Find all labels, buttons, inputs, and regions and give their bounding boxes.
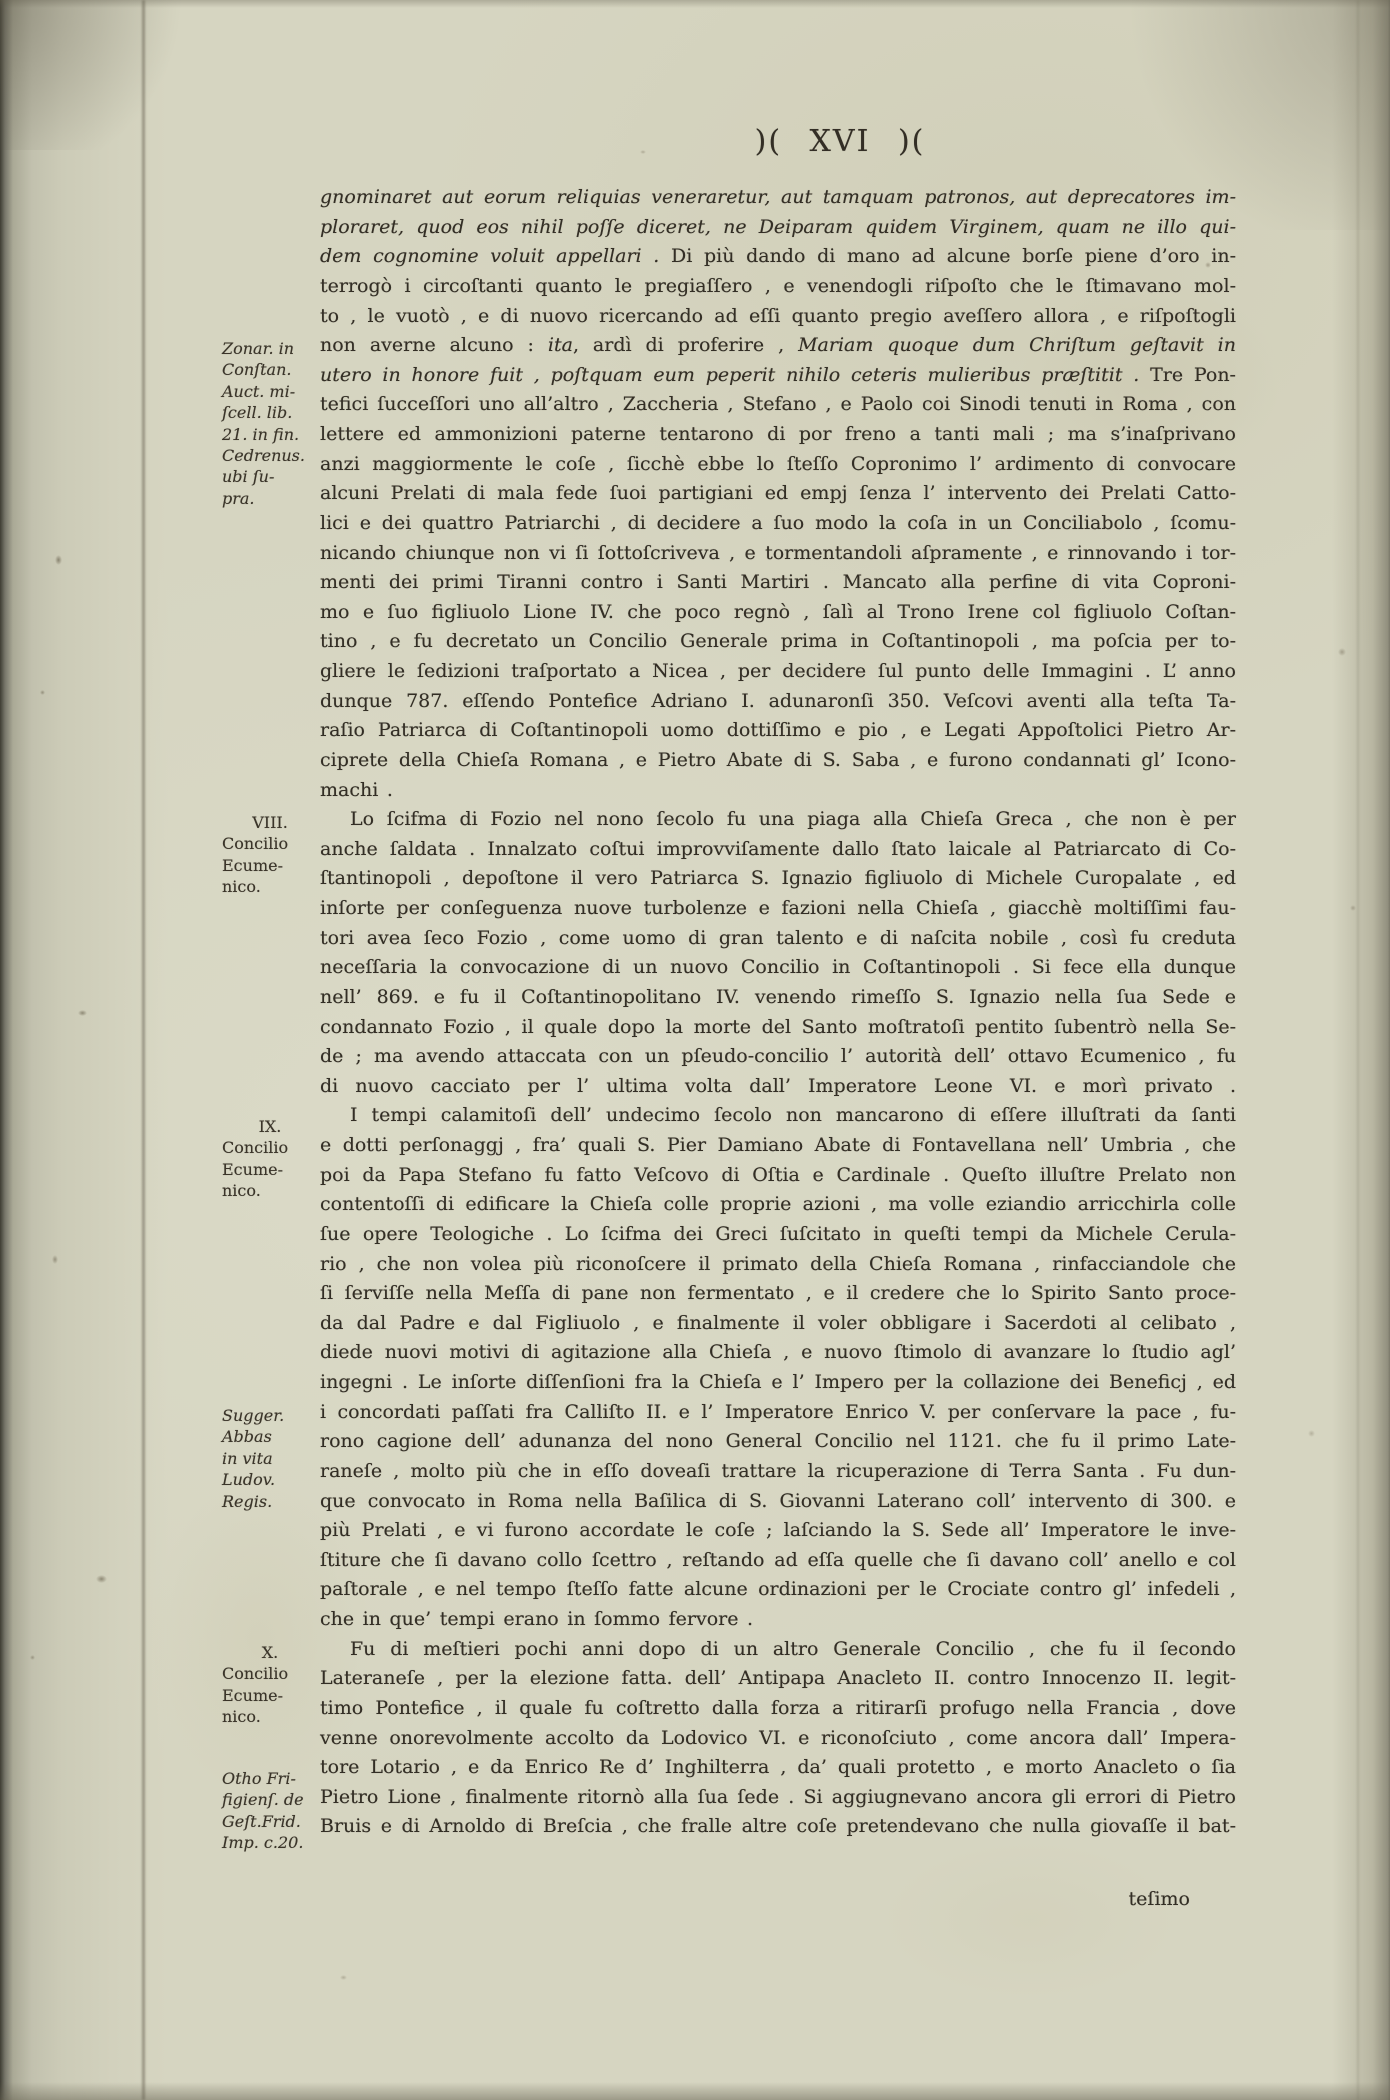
latin-italic-text: ploraret, quod eos nihil poſſe diceret, … xyxy=(320,216,1236,238)
body-line: poi da Papa Stefano fu fatto Veſcovo di … xyxy=(320,1161,1236,1191)
roman-text: , ardì di proferire , xyxy=(573,334,798,356)
marginal-note-line: Cedrenus. xyxy=(222,445,318,466)
marginal-note-line: Auct. mi- xyxy=(222,381,318,402)
marginal-note: X.ConcilioEcume-nico. xyxy=(222,1642,318,1728)
marginal-note-line: Ecume- xyxy=(222,1159,318,1180)
roman-text: I tempi calamitoſi dell’ undecimo ſecolo… xyxy=(350,1104,1236,1126)
body-line: Pietro Lione , finalmente ritornò alla ſ… xyxy=(320,1783,1236,1813)
roman-text: ſtantinopoli , depoſtone il vero Patriar… xyxy=(320,867,1236,889)
body-line: nicando chiunque non vi ſi ſottoſcriveva… xyxy=(320,539,1236,569)
roman-text: de ; ma avendo attaccata con un pſeudo-c… xyxy=(320,1045,1236,1067)
marginal-note-line: Regis. xyxy=(222,1491,318,1512)
marginal-note-line: ubi ſu- xyxy=(222,466,318,487)
marginal-note-line: nico. xyxy=(222,1180,318,1201)
marginal-note-line: Conſtan. xyxy=(222,359,318,380)
roman-text: non averne alcuno : xyxy=(320,334,548,356)
marginal-note: IX.ConcilioEcume-nico. xyxy=(222,1116,318,1202)
marginal-note-line: Abbas xyxy=(222,1426,318,1447)
catchword: teſimo xyxy=(1000,1888,1190,1910)
body-line: da dal Padre e dal Figliuolo , e finalme… xyxy=(320,1309,1236,1339)
marginal-note-line: figienſ. de xyxy=(222,1789,318,1810)
roman-text: lettere ed ammonizioni paterne tentarono… xyxy=(320,423,1236,445)
body-line: lici e dei quattro Patriarchi , di decid… xyxy=(320,509,1236,539)
body-line: ingegni . Le inſorte diſſenſioni fra la … xyxy=(320,1368,1236,1398)
body-line: neceſſaria la convocazione di un nuovo C… xyxy=(320,953,1236,983)
roman-text: e dotti perſonaggj , fra’ quali S. Pier … xyxy=(320,1134,1236,1156)
page-right-edge-shadow xyxy=(1332,0,1390,2100)
body-line: Lo ſcifma di Fozio nel nono ſecolo fu un… xyxy=(320,805,1236,835)
marginal-note-line: 21. in fin. xyxy=(222,424,318,445)
roman-text: anzi maggiormente le coſe , ſicchè ebbe … xyxy=(320,453,1236,475)
body-line: contentoſſi di edificare la Chieſa colle… xyxy=(320,1190,1236,1220)
roman-text: poi da Papa Stefano fu fatto Veſcovo di … xyxy=(320,1164,1236,1186)
marginal-note: Zonar. inConſtan.Auct. mi-ſcell. lib.21.… xyxy=(222,338,318,509)
marginal-note-line: ſcell. lib. xyxy=(222,402,318,423)
top-left-corner-shade xyxy=(0,0,190,150)
roman-text: timo Pontefice , il quale fu coſtretto d… xyxy=(320,1697,1236,1719)
latin-italic-text: ita xyxy=(548,334,573,356)
body-line: ſtantinopoli , depoſtone il vero Patriar… xyxy=(320,864,1236,894)
roman-text: ſue opere Teologiche . Lo ſcifma dei Gre… xyxy=(320,1223,1236,1245)
roman-text: paſtorale , e nel tempo ſteſſo fatte alc… xyxy=(320,1578,1236,1600)
body-line: Bruis e di Arnoldo di Breſcia , che fral… xyxy=(320,1812,1236,1842)
body-line: lettere ed ammonizioni paterne tentarono… xyxy=(320,420,1236,450)
body-line: mo e ſuo figliuolo Lione IV. che poco re… xyxy=(320,598,1236,628)
latin-italic-text: Mariam quoque dum Chriſtum geſtavit in xyxy=(798,334,1236,356)
roman-text: di nuovo cacciato per l’ ultima volta da… xyxy=(320,1075,1236,1097)
marginal-note-line: Concilio xyxy=(222,833,318,854)
roman-text: rono cagione dell’ adunanza del nono Gen… xyxy=(320,1430,1236,1452)
roman-text: alcuni Prelati di mala fede ſuoi partigi… xyxy=(320,482,1236,504)
roman-text: ingegni . Le inſorte diſſenſioni fra la … xyxy=(320,1371,1236,1393)
body-line: tino , e fu decretato un Concilio Genera… xyxy=(320,627,1236,657)
latin-italic-text: dem cognomine voluit appellari . xyxy=(320,245,659,267)
body-line: que convocato in Roma nella Baſilica di … xyxy=(320,1487,1236,1517)
body-line: gliere le ſedizioni traſportato a Nicea … xyxy=(320,657,1236,687)
page-number-header: )( XVI )( xyxy=(690,124,990,159)
roman-text: Pietro Lione , finalmente ritornò alla ſ… xyxy=(320,1786,1236,1808)
body-line: tefici ſucceſſori uno all’altro , Zacche… xyxy=(320,390,1236,420)
marginal-note: Sugger.Abbasin vitaLudov.Regis. xyxy=(222,1405,318,1512)
body-line: Lateraneſe , per la elezione fatta. dell… xyxy=(320,1664,1236,1694)
roman-text: menti dei primi Tiranni contro i Santi M… xyxy=(320,571,1236,593)
body-line: condannato Fozio , il quale dopo la mort… xyxy=(320,1013,1236,1043)
book-page-scan: )( XVI )( Zonar. inConſtan.Auct. mi-ſcel… xyxy=(0,0,1390,2100)
marginal-note: VIII.ConcilioEcume-nico. xyxy=(222,812,318,898)
body-line: tori avea ſeco Fozio , come uomo di gran… xyxy=(320,924,1236,954)
body-line: diede nuovi motivi di agitazione alla Ch… xyxy=(320,1338,1236,1368)
marginal-note-line: Concilio xyxy=(222,1137,318,1158)
body-line: ſue opere Teologiche . Lo ſcifma dei Gre… xyxy=(320,1220,1236,1250)
body-line: di nuovo cacciato per l’ ultima volta da… xyxy=(320,1072,1236,1102)
roman-text: raſio Patriarca di Coſtantinopoli uomo d… xyxy=(320,719,1236,741)
body-line: anzi maggiormente le coſe , ſicchè ebbe … xyxy=(320,450,1236,480)
roman-text: ſi ſerviſſe nella Meſſa di pane non ferm… xyxy=(320,1282,1236,1304)
roman-text: tori avea ſeco Fozio , come uomo di gran… xyxy=(320,927,1236,949)
roman-text: Bruis e di Arnoldo di Breſcia , che fral… xyxy=(320,1815,1236,1837)
body-line: ſtiture che ſi davano collo ſcettro , re… xyxy=(320,1546,1236,1576)
body-line: venne onorevolmente accolto da Lodovico … xyxy=(320,1724,1236,1754)
body-line: ſi ſerviſſe nella Meſſa di pane non ferm… xyxy=(320,1279,1236,1309)
body-line: I tempi calamitoſi dell’ undecimo ſecolo… xyxy=(320,1101,1236,1131)
roman-text: anche ſaldata . Innalzato coſtui improvv… xyxy=(320,838,1236,860)
roman-text: dunque 787. eſſendo Pontefice Adriano I.… xyxy=(320,690,1236,712)
roman-text: rio , che non volea più riconoſcere il p… xyxy=(320,1253,1236,1275)
latin-italic-text: utero in honore fuit , poſtquam eum pepe… xyxy=(320,364,1139,386)
roman-text: inſorte per conſeguenza nuove turbolenze… xyxy=(320,897,1236,919)
roman-text: da dal Padre e dal Figliuolo , e finalme… xyxy=(320,1312,1236,1334)
body-text-block: gnominaret aut eorum reliquias veneraret… xyxy=(320,183,1236,1842)
body-line: alcuni Prelati di mala fede ſuoi partigi… xyxy=(320,479,1236,509)
marginal-note-line: nico. xyxy=(222,1706,318,1727)
marginal-note-line: Sugger. xyxy=(222,1405,318,1426)
roman-text: i concordati paſſati fra Calliſto II. e … xyxy=(320,1401,1236,1423)
roman-text: diede nuovi motivi di agitazione alla Ch… xyxy=(320,1341,1236,1363)
body-line: de ; ma avendo attaccata con un pſeudo-c… xyxy=(320,1042,1236,1072)
body-line: inſorte per conſeguenza nuove turbolenze… xyxy=(320,894,1236,924)
marginal-note: Otho Fri-figienſ. deGeſt.Frid.Imp. c.20. xyxy=(222,1768,318,1854)
marginal-note-line: pra. xyxy=(222,488,318,509)
body-line: più Prelati , e vi furono accordate le c… xyxy=(320,1516,1236,1546)
latin-italic-text: gnominaret aut eorum reliquias veneraret… xyxy=(320,186,1236,208)
body-line: utero in honore fuit , poſtquam eum pepe… xyxy=(320,361,1236,391)
body-line: raſio Patriarca di Coſtantinopoli uomo d… xyxy=(320,716,1236,746)
roman-text: condannato Fozio , il quale dopo la mort… xyxy=(320,1016,1236,1038)
roman-text: tefici ſucceſſori uno all’altro , Zacche… xyxy=(320,393,1236,415)
body-line: nell’ 869. e fu il Coſtantinopolitano IV… xyxy=(320,983,1236,1013)
marginal-note-line: Ecume- xyxy=(222,1685,318,1706)
roman-text: raneſe , molto più che in eſſo doveaſi t… xyxy=(320,1460,1236,1482)
body-line: terrogò i circoſtanti quanto le pregiaſſ… xyxy=(320,272,1236,302)
body-line: i concordati paſſati fra Calliſto II. e … xyxy=(320,1398,1236,1428)
roman-text: Fu di meſtieri pochi anni dopo di un alt… xyxy=(350,1638,1236,1660)
roman-text: che in que’ tempi erano in ſommo fervore… xyxy=(320,1608,753,1630)
marginal-note-line: Concilio xyxy=(222,1663,318,1684)
marginal-note-line: IX. xyxy=(222,1116,318,1137)
body-line: rio , che non volea più riconoſcere il p… xyxy=(320,1250,1236,1280)
body-line: to , le vuotò , e di nuovo ricercando ad… xyxy=(320,302,1236,332)
marginal-note-line: Imp. c.20. xyxy=(222,1832,318,1853)
roman-text: tore Lotario , e da Enrico Re d’ Inghilt… xyxy=(320,1756,1236,1778)
body-line: machi . xyxy=(320,776,1236,806)
body-line: rono cagione dell’ adunanza del nono Gen… xyxy=(320,1427,1236,1457)
body-line: paſtorale , e nel tempo ſteſſo fatte alc… xyxy=(320,1575,1236,1605)
roman-text: neceſſaria la convocazione di un nuovo C… xyxy=(320,956,1236,978)
roman-text: venne onorevolmente accolto da Lodovico … xyxy=(320,1727,1236,1749)
marginal-note-line: Geſt.Frid. xyxy=(222,1811,318,1832)
roman-text: terrogò i circoſtanti quanto le pregiaſſ… xyxy=(320,275,1236,297)
roman-text: Lo ſcifma di Fozio nel nono ſecolo fu un… xyxy=(350,808,1236,830)
roman-text: contentoſſi di edificare la Chieſa colle… xyxy=(320,1193,1236,1215)
marginal-note-line: Ludov. xyxy=(222,1469,318,1490)
page-bottom-edge-shadow xyxy=(0,2082,1390,2100)
roman-text: Di più dando di mano ad alcune borſe pie… xyxy=(659,245,1236,267)
body-line: dunque 787. eſſendo Pontefice Adriano I.… xyxy=(320,687,1236,717)
marginal-note-line: X. xyxy=(222,1642,318,1663)
roman-text: machi . xyxy=(320,779,393,801)
body-line: tore Lotario , e da Enrico Re d’ Inghilt… xyxy=(320,1753,1236,1783)
roman-text: Tre Pon- xyxy=(1139,364,1236,386)
marginal-note-line: nico. xyxy=(222,876,318,897)
marginal-note-line: VIII. xyxy=(222,812,318,833)
body-line: anche ſaldata . Innalzato coſtui improvv… xyxy=(320,835,1236,865)
marginal-note-line: Zonar. in xyxy=(222,338,318,359)
body-line: ciprete della Chieſa Romana , e Pietro A… xyxy=(320,746,1236,776)
roman-text: ciprete della Chieſa Romana , e Pietro A… xyxy=(320,749,1236,771)
marginal-note-line: in vita xyxy=(222,1448,318,1469)
roman-text: gliere le ſedizioni traſportato a Nicea … xyxy=(320,660,1236,682)
body-line: ploraret, quod eos nihil poſſe diceret, … xyxy=(320,213,1236,243)
body-line: non averne alcuno : ita, ardì di proferi… xyxy=(320,331,1236,361)
body-line: timo Pontefice , il quale fu coſtretto d… xyxy=(320,1694,1236,1724)
body-line: menti dei primi Tiranni contro i Santi M… xyxy=(320,568,1236,598)
roman-text: lici e dei quattro Patriarchi , di decid… xyxy=(320,512,1236,534)
body-line: che in que’ tempi erano in ſommo fervore… xyxy=(320,1605,1236,1635)
roman-text: ſtiture che ſi davano collo ſcettro , re… xyxy=(320,1549,1236,1571)
page-crease-line xyxy=(142,0,145,2100)
roman-text: to , le vuotò , e di nuovo ricercando ad… xyxy=(320,305,1236,327)
roman-text: tino , e fu decretato un Concilio Genera… xyxy=(320,630,1236,652)
roman-text: Lateraneſe , per la elezione fatta. dell… xyxy=(320,1667,1236,1689)
body-line: e dotti perſonaggj , fra’ quali S. Pier … xyxy=(320,1131,1236,1161)
roman-text: nicando chiunque non vi ſi ſottoſcriveva… xyxy=(320,542,1236,564)
roman-text: più Prelati , e vi furono accordate le c… xyxy=(320,1519,1236,1541)
roman-text: que convocato in Roma nella Baſilica di … xyxy=(320,1490,1236,1512)
roman-text: nell’ 869. e fu il Coſtantinopolitano IV… xyxy=(320,986,1236,1008)
marginal-note-line: Ecume- xyxy=(222,855,318,876)
marginal-note-line: Otho Fri- xyxy=(222,1768,318,1789)
body-line: dem cognomine voluit appellari . Di più … xyxy=(320,242,1236,272)
body-line: raneſe , molto più che in eſſo doveaſi t… xyxy=(320,1457,1236,1487)
body-line: Fu di meſtieri pochi anni dopo di un alt… xyxy=(320,1635,1236,1665)
roman-text: mo e ſuo figliuolo Lione IV. che poco re… xyxy=(320,601,1236,623)
body-line: gnominaret aut eorum reliquias veneraret… xyxy=(320,183,1236,213)
